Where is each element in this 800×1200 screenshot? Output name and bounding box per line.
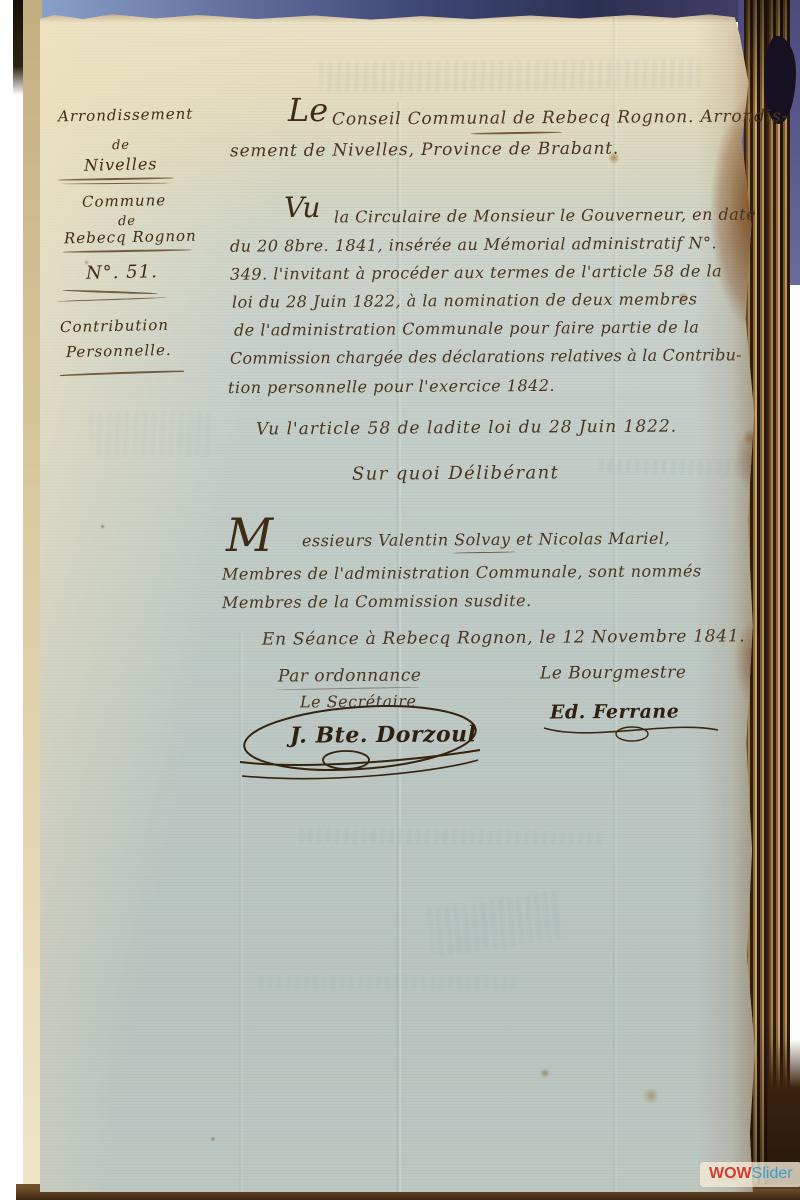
drop-initial-le: Le <box>288 94 328 126</box>
drop-initial-m: M <box>226 512 273 558</box>
body-line: la Circulaire de Monsieur le Gouverneur,… <box>334 205 756 227</box>
margin-note-nivelles: Nivelles <box>84 154 158 175</box>
body-line: sement de Nivelles, Province de Brabant. <box>230 139 619 162</box>
margin-note-de2: de <box>118 214 136 229</box>
margin-note-rebecq-rognon: Rebecq Rognon <box>64 227 197 248</box>
watermark-slider-text: Slider <box>752 1165 793 1182</box>
ink-showthrough <box>90 412 210 456</box>
body-line: Conseil Communal de Rebecq Rognon. Arron… <box>332 106 788 129</box>
body-line: essieurs Valentin Solvay et Nicolas Mari… <box>302 529 670 551</box>
watermark-wow-text: WOW <box>709 1165 752 1182</box>
stain-spot <box>100 524 105 529</box>
body-line: Membres de l'administration Communale, s… <box>222 561 702 583</box>
body-line: Sur quoi Délibérant <box>352 462 559 484</box>
body-line: Commission chargée des déclarations rela… <box>230 345 742 368</box>
ink-showthrough <box>260 975 520 988</box>
left-page-edge <box>23 0 42 1192</box>
wowslider-watermark[interactable]: WOWSlider <box>700 1162 800 1187</box>
body-line: de l'administration Communale pour faire… <box>234 317 700 339</box>
photographed-register-page: Arrondissement de Nivelles Commune de Re… <box>0 0 800 1200</box>
body-line: loi du 28 Juin 1822, à la nomination de … <box>232 289 698 311</box>
margin-note-personnelle: Personnelle. <box>66 341 172 361</box>
margin-note-arrondissement: Arrondissement <box>58 105 194 126</box>
stain-spot <box>210 1136 216 1142</box>
margin-note-commune: Commune <box>82 191 167 211</box>
body-line: Membres de la Commission susdite. <box>222 591 532 612</box>
ink-showthrough <box>600 459 760 476</box>
fold-crease <box>612 12 618 1192</box>
left-cover-edge-line <box>15 0 23 1196</box>
signature-right-role: Le Bourgmestre <box>540 662 687 683</box>
signature-left-name: J. Bte. Dorzoul <box>290 721 477 748</box>
signature-flourish-right <box>540 718 730 748</box>
margin-note-de: de <box>112 138 130 153</box>
body-line-session: En Séance à Rebecq Rognon, le 12 Novembr… <box>262 626 746 649</box>
margin-note-number: N°. 51. <box>86 261 158 283</box>
body-line: Vu l'article 58 de ladite loi du 28 Juin… <box>256 417 677 440</box>
signature-left-order: Par ordonnance <box>278 665 422 686</box>
body-line: 349. l'invitant à procéder aux termes de… <box>230 261 722 283</box>
ink-showthrough <box>300 829 600 846</box>
ink-showthrough <box>427 891 562 957</box>
body-line: du 20 8bre. 1841, insérée au Mémorial ad… <box>230 233 717 255</box>
body-line: tion personnelle pour l'exercice 1842. <box>228 376 555 397</box>
stain-spot <box>540 1068 550 1078</box>
stain-spot <box>642 1088 660 1104</box>
drop-initial-vu: Vu <box>284 194 320 222</box>
ink-showthrough <box>320 58 700 92</box>
margin-note-contribution: Contribution <box>60 316 169 336</box>
